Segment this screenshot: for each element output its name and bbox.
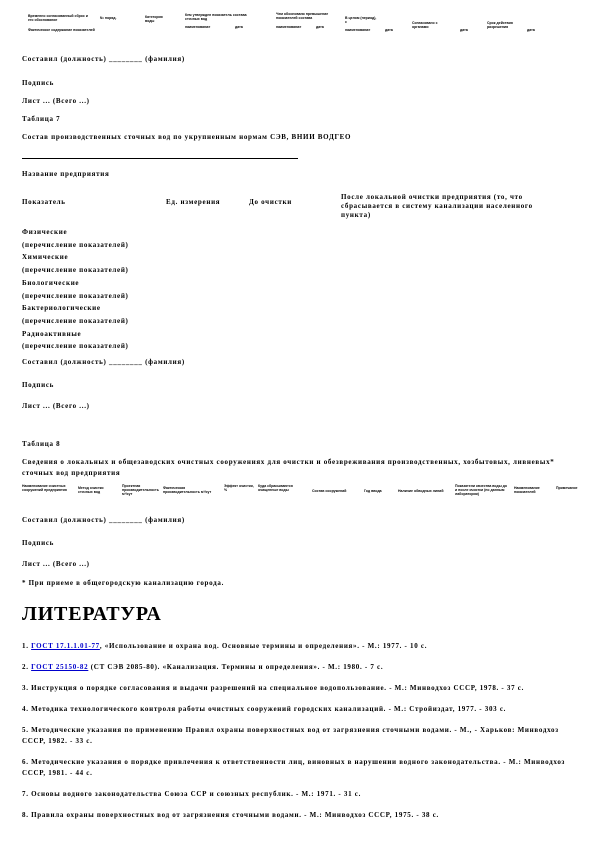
microtext-cell: Год ввода (364, 490, 384, 494)
table7-col-indicator: Показатель (22, 198, 66, 206)
microtext-cell: Фактическое содержание показателей (28, 29, 102, 33)
microtext-cell: дата (235, 26, 251, 30)
table-row-sub: (перечисление показателей) (22, 264, 272, 277)
microtext-cell: Проектная производительность м³/сут (122, 485, 156, 496)
sheet-count-line: Лист ... (Всего ...) (22, 560, 90, 568)
table-row-sub: (перечисление показателей) (22, 340, 272, 353)
signature-label: Подпись (22, 539, 54, 547)
microtext-cell: Состав сооружений (312, 490, 356, 494)
list-item: 5. Методические указания по применению П… (22, 725, 578, 747)
composed-by-line: Составил (должность) ________ (фамилия) (22, 516, 185, 524)
table-row: Физические (22, 226, 272, 239)
signature-label: Подпись (22, 79, 54, 87)
signature-label: Подпись (22, 381, 54, 389)
composed-by-line: Составил (должность) ________ (фамилия) (22, 55, 185, 63)
table7-rows: Физические (перечисление показателей) Хи… (22, 226, 272, 353)
microtext-cell: Согласовано с органами (412, 22, 450, 30)
ref-number: 2. (22, 663, 31, 671)
microtext-cell: Наименование очистных сооружений предпри… (22, 485, 70, 493)
sheet-count-line: Лист ... (Всего ...) (22, 402, 90, 410)
microtext-cell: № поряд. (100, 17, 126, 21)
table-row: Биологические (22, 277, 272, 290)
microtext-cell: Наличие обводных линий (398, 490, 448, 494)
microtext-cell: дата (385, 29, 401, 33)
microtext-cell: Фактическая производительность м³/сут (163, 487, 217, 495)
microtext-cell: В целом (период), с (345, 17, 379, 25)
gost-link[interactable]: ГОСТ 25150-82 (31, 663, 88, 671)
microtext-cell: Временно согласованный сброс и его обосн… (28, 15, 92, 23)
microtext-cell: Эффект очистки, % (224, 485, 254, 493)
table-row: Химические (22, 251, 272, 264)
ref-number: 1. (22, 642, 31, 650)
microtext-cell: Чем обосновано превышение показателей со… (276, 13, 342, 21)
literature-heading: ЛИТЕРАТУРА (22, 603, 162, 626)
microtext-cell: наименование (276, 26, 310, 30)
table-row: Бактериологические (22, 302, 272, 315)
microtext-cell: Кем утвержден показатель состава сточных… (185, 14, 261, 22)
list-item: 4. Методика технологического контроля ра… (22, 704, 578, 715)
microtext-cell: дата (527, 29, 543, 33)
list-item: 8. Правила охраны поверхностных вод от з… (22, 810, 578, 821)
table7-col-unit: Ед. измерения (166, 198, 220, 206)
list-item: 6. Методические указания о порядке привл… (22, 757, 578, 779)
microtext-cell: Примечание (556, 487, 578, 491)
list-item: 2. ГОСТ 25150-82 (СТ СЭВ 2085-80). «Кана… (22, 662, 578, 673)
microtext-cell: Наименование показателей (514, 487, 550, 495)
table-row-sub: (перечисление показателей) (22, 315, 272, 328)
microtext-cell: Срок действия разрешения (487, 22, 527, 30)
microtext-cell: Категория воды (145, 16, 173, 24)
gost-link[interactable]: ГОСТ 17.1.1.01-77 (31, 642, 100, 650)
table-row: Радиоактивные (22, 328, 272, 341)
microtext-cell: наименование (345, 29, 379, 33)
sheet-count-line: Лист ... (Всего ...) (22, 97, 90, 105)
microtext-cell: дата (316, 26, 332, 30)
enterprise-name-label: Название предприятия (22, 170, 109, 178)
footnote: * При приеме в общегородскую канализацию… (22, 579, 224, 587)
list-item: 1. ГОСТ 17.1.1.01-77, «Использование и о… (22, 641, 578, 652)
document-page: Временно согласованный сброс и его обосн… (0, 0, 595, 842)
microtext-cell: дата (460, 29, 476, 33)
list-item: 3. Инструкция о порядке согласования и в… (22, 683, 578, 694)
table-row-sub: (перечисление показателей) (22, 239, 272, 252)
table-row-sub: (перечисление показателей) (22, 290, 272, 303)
list-item: 7. Основы водного законодательства Союза… (22, 789, 578, 800)
ref-text: , «Использование и охрана вод. Основные … (100, 642, 427, 650)
ref-text: (СТ СЭВ 2085-80). «Канализация. Термины … (88, 663, 383, 671)
table7-caption: Таблица 7 (22, 115, 60, 123)
fill-in-line (22, 158, 298, 159)
composed-by-line: Составил (должность) ________ (фамилия) (22, 358, 185, 366)
microtext-cell: Куда сбрасываются очищенные воды (258, 485, 302, 493)
microtext-cell: Метод очистки сточных вод (78, 487, 116, 495)
table7-col-after: После локальной очистки предприятия (то,… (341, 193, 559, 220)
table7-col-before: До очистки (249, 198, 292, 206)
table8-title: Сведения о локальных и общезаводских очи… (22, 457, 567, 479)
microtext-cell: Показатели качества воды до и после очис… (455, 485, 509, 496)
literature-list: 1. ГОСТ 17.1.1.01-77, «Использование и о… (22, 641, 578, 831)
table7-title: Состав производственных сточных вод по у… (22, 133, 452, 141)
table8-caption: Таблица 8 (22, 440, 60, 448)
microtext-cell: наименование (185, 26, 219, 30)
